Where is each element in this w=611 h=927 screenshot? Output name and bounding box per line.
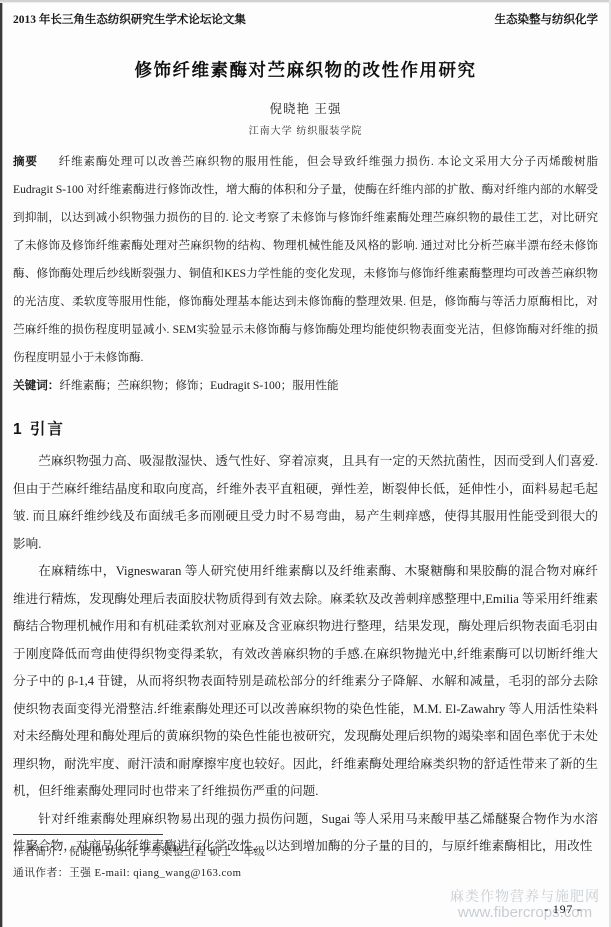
footnote-block: 作者简介：倪晓艳 纺织化学与染整工程 硕士一年级 通讯作者：王强 E-mail:… [13,834,598,884]
paragraph: 在麻精练中，Vigneswaran 等人研究使用纤维素酶以及纤维素酶、木聚糖酶和… [13,558,598,806]
keywords: 关键词：纤维素酶；苎麻织物；修饰；Eudragit S-100；服用性能 [13,372,598,400]
affiliation: 江南大学 纺织服装学院 [13,122,598,137]
abstract-text: 纤维素酶处理可以改善苎麻织物的服用性能，但会导致纤维强力损伤. 本论文采用大分子… [13,155,598,364]
keywords-label: 关键词： [13,379,59,392]
paper-title: 修饰纤维素酶对苎麻织物的改性作用研究 [13,57,598,82]
scan-edge-top [0,0,611,3]
scan-edge-left [0,0,3,927]
paragraph: 苎麻织物强力高、吸湿散湿快、透气性好、穿着凉爽，且具有一定的天然抗菌性，因而受到… [13,448,598,558]
section-heading-introduction: 1 引言 [13,417,598,439]
page-number: - 197 - [544,904,582,916]
page-body: 2013 年长三角生态纺织研究生学术论坛论文集 生态染整与纺织化学 修饰纤维素酶… [0,0,611,861]
author-bio-line: 作者简介：倪晓艳 纺织化学与染整工程 硕士一年级 [13,842,598,863]
header-proceedings-title: 2013 年长三角生态纺织研究生学术论坛论文集 [13,11,246,27]
scanned-paper-page: { "header": { "left": "2013 年长三角生态纺织研究生学… [0,0,611,927]
introduction-body: 苎麻织物强力高、吸湿散湿快、透气性好、穿着凉爽，且具有一定的天然抗菌性，因而受到… [13,448,598,861]
footnote-divider [13,834,163,835]
corresponding-author-line: 通讯作者：王强 E-mail: qiang_wang@163.com [13,863,598,884]
running-header: 2013 年长三角生态纺织研究生学术论坛论文集 生态染整与纺织化学 [13,11,598,27]
header-section-name: 生态染整与纺织化学 [495,11,599,27]
author-names: 倪晓艳 王强 [13,99,598,117]
keywords-text: 纤维素酶；苎麻织物；修饰；Eudragit S-100；服用性能 [59,379,338,392]
watermark-site-name: 麻类作物营养与施肥网 [450,888,600,904]
abstract-label: 摘要 [13,155,38,168]
abstract: 摘要纤维素酶处理可以改善苎麻织物的服用性能，但会导致纤维强力损伤. 本论文采用大… [13,148,598,372]
